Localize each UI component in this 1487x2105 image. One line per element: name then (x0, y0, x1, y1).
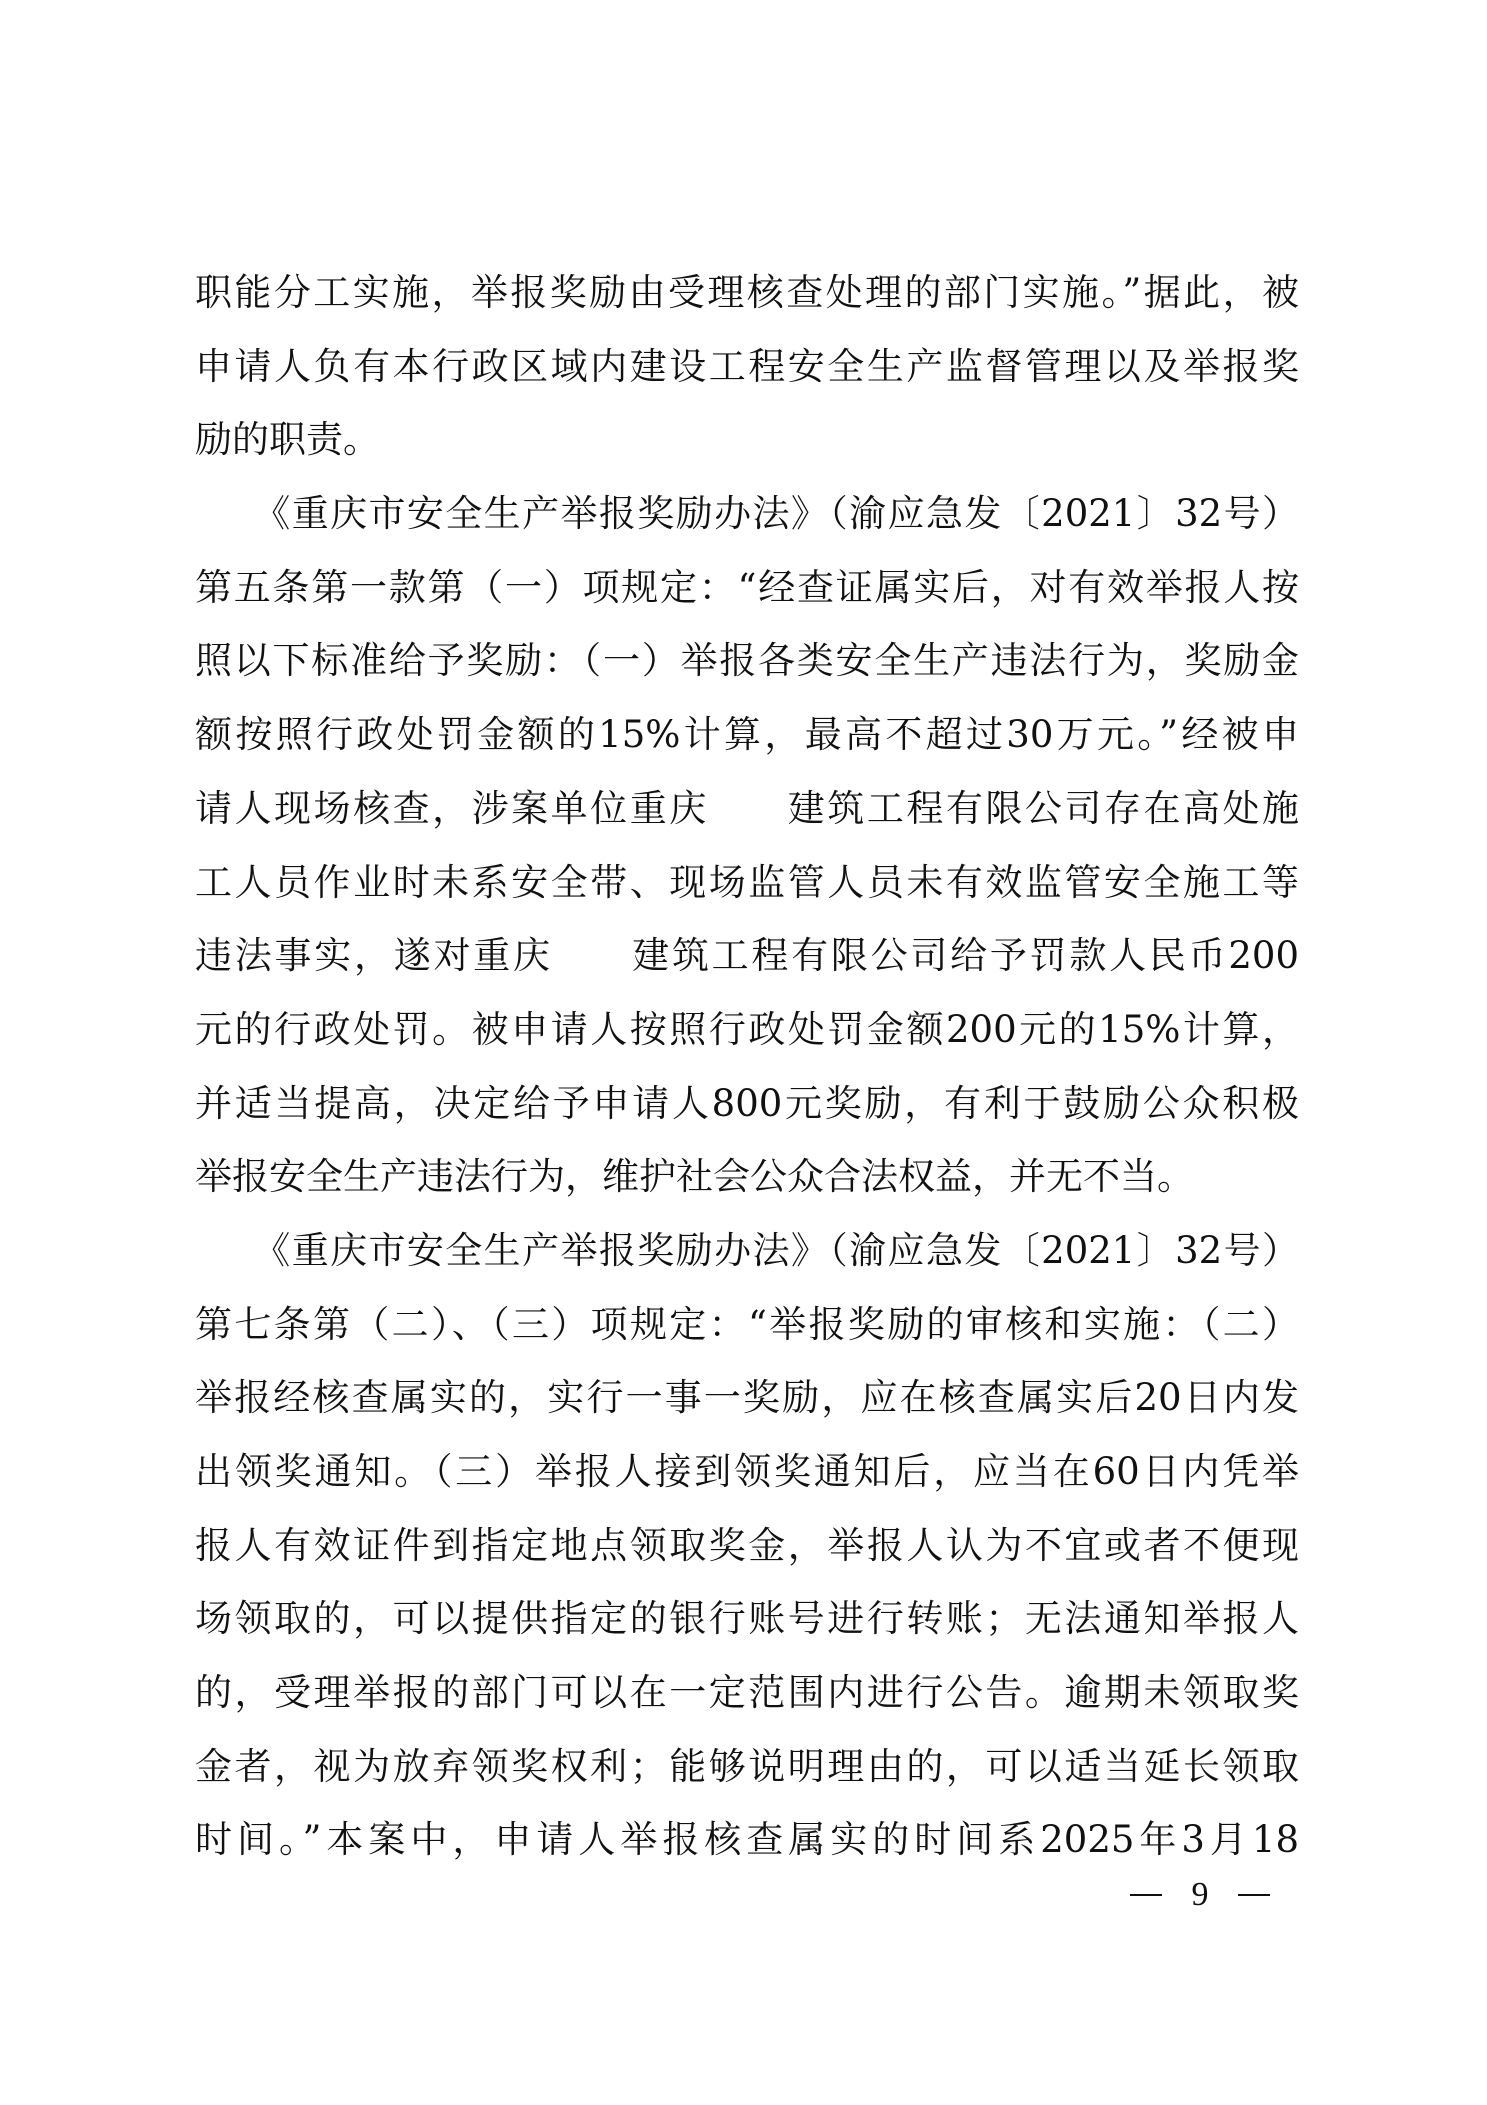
dash-right (1238, 1894, 1270, 1896)
text-line: 举报安全生产违法行为，维护社会公众合法权益，并无不当。 (195, 1140, 1299, 1214)
text-line: 励的职责。 (195, 403, 1299, 477)
body-text: 职能分工实施，举报奖励由受理核查处理的部门实施。”据此，被 申请人负有本行政区域… (195, 256, 1299, 1877)
text-line: 额按照行政处罚金额的15%计算，最高不超过30万元。”经被申 (195, 698, 1299, 772)
dash-left (1130, 1894, 1162, 1896)
text-line: 场领取的，可以提供指定的银行账号进行转账；无法通知举报人 (195, 1582, 1299, 1656)
text-line: 《重庆市安全生产举报奖励办法》（渝应急发〔2021〕32号） (195, 1214, 1299, 1288)
text-line: 时间。”本案中，申请人举报核查属实的时间系2025年3月18 (195, 1803, 1299, 1877)
text-line: 工人员作业时未系安全带、现场监管人员未有效监管安全施工等 (195, 846, 1299, 920)
text-line: 申请人负有本行政区域内建设工程安全生产监督管理以及举报奖 (195, 330, 1299, 404)
text-line: 第五条第一款第（一）项规定：“经查证属实后，对有效举报人按 (195, 551, 1299, 625)
text-line: 请人现场核查，涉案单位重庆 建筑工程有限公司存在高处施 (195, 772, 1299, 846)
document-page: 职能分工实施，举报奖励由受理核查处理的部门实施。”据此，被 申请人负有本行政区域… (0, 0, 1487, 2105)
text-line: 照以下标准给予奖励：（一）举报各类安全生产违法行为，奖励金 (195, 624, 1299, 698)
page-number-value: 9 (1192, 1876, 1209, 1914)
text-line: 出领奖通知。（三）举报人接到领奖通知后，应当在60日内凭举 (195, 1435, 1299, 1509)
text-line: 违法事实，遂对重庆 建筑工程有限公司给予罚款人民币200 (195, 919, 1299, 993)
text-line: 报人有效证件到指定地点领取奖金，举报人认为不宜或者不便现 (195, 1509, 1299, 1583)
text-line: 并适当提高，决定给予申请人800元奖励，有利于鼓励公众积极 (195, 1067, 1299, 1141)
text-line: 《重庆市安全生产举报奖励办法》（渝应急发〔2021〕32号） (195, 477, 1299, 551)
text-line: 元的行政处罚。被申请人按照行政处罚金额200元的15%计算， (195, 993, 1299, 1067)
text-line: 第七条第（二）、（三）项规定：“举报奖励的审核和实施：（二） (195, 1288, 1299, 1362)
page-number: 9 (1130, 1872, 1270, 1918)
text-line: 的，受理举报的部门可以在一定范围内进行公告。逾期未领取奖 (195, 1656, 1299, 1730)
text-line: 职能分工实施，举报奖励由受理核查处理的部门实施。”据此，被 (195, 256, 1299, 330)
text-line: 举报经核查属实的，实行一事一奖励，应在核查属实后20日内发 (195, 1361, 1299, 1435)
text-line: 金者，视为放弃领奖权利；能够说明理由的，可以适当延长领取 (195, 1730, 1299, 1804)
